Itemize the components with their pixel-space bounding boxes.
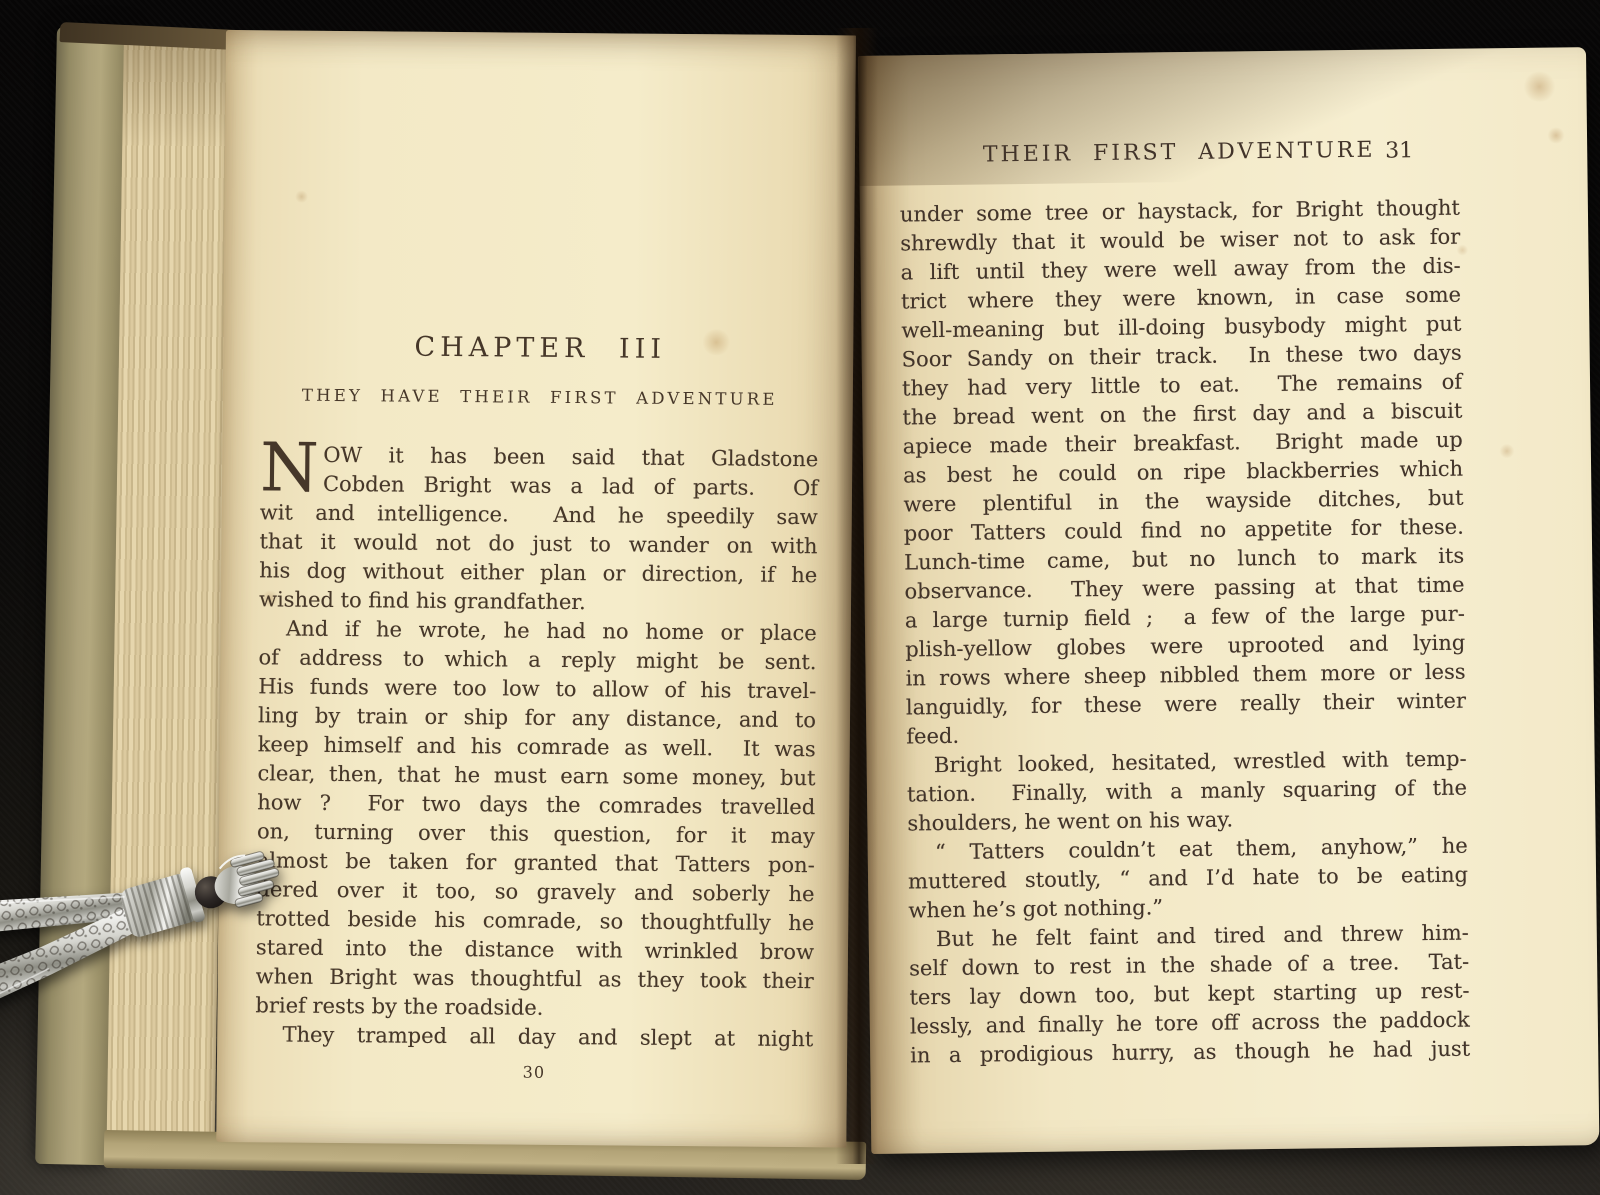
foxing-spot	[1499, 444, 1515, 458]
paragraph-lines: under some tree or haystack, for Bright …	[900, 194, 1467, 752]
running-header-title: THEIR FIRST ADVENTURE	[983, 138, 1376, 168]
paragraph: They tramped all day and slept at night	[255, 1020, 813, 1054]
chapter-subtitle: THEY HAVE THEIR FIRST ADVENTURE	[261, 385, 819, 409]
drop-cap: N	[260, 440, 323, 497]
page-number-right: 31	[1385, 138, 1413, 163]
chapter-heading: CHAPTER III	[261, 330, 819, 366]
paragraph-lines: But he felt faint and tired and threw hi…	[909, 919, 1471, 1071]
running-header: THEIR FIRST ADVENTURE 31	[899, 137, 1459, 169]
paragraph-lines: Bright looked, hesitated, wrestled with …	[907, 745, 1468, 839]
paragraph: Bright looked, hesitated, wrestled with …	[907, 745, 1468, 839]
foxing-spot	[294, 191, 308, 203]
paragraph: But he felt faint and tired and threw hi…	[909, 919, 1471, 1071]
page-number-left: 30	[255, 1060, 813, 1084]
paragraph: “ Tatters couldn’t eat them, anyhow,” he…	[908, 832, 1469, 926]
photo-background: CHAPTER III THEY HAVE THEIR FIRST ADVENT…	[0, 0, 1600, 1195]
silver-bookmark-clip-icon	[0, 818, 298, 1023]
left-page: CHAPTER III THEY HAVE THEIR FIRST ADVENT…	[216, 30, 856, 1147]
paragraph-lines: “ Tatters couldn’t eat them, anyhow,” he…	[908, 832, 1469, 926]
paragraph-lines: And if he wrote, he had no home or place…	[255, 614, 817, 1025]
foxing-spot	[1522, 71, 1556, 101]
right-page: THEIR FIRST ADVENTURE 31 under some tree…	[858, 47, 1599, 1154]
paragraph: N OW it has been said that GladstoneCobd…	[259, 440, 818, 619]
paragraph: under some tree or haystack, for Bright …	[900, 194, 1467, 752]
paragraph: And if he wrote, he had no home or place…	[255, 614, 817, 1025]
paragraph-lines: OW it has been said that GladstoneCobden…	[259, 440, 818, 619]
paragraph-lines: They tramped all day and slept at night	[255, 1020, 813, 1054]
foxing-spot	[1547, 127, 1565, 143]
